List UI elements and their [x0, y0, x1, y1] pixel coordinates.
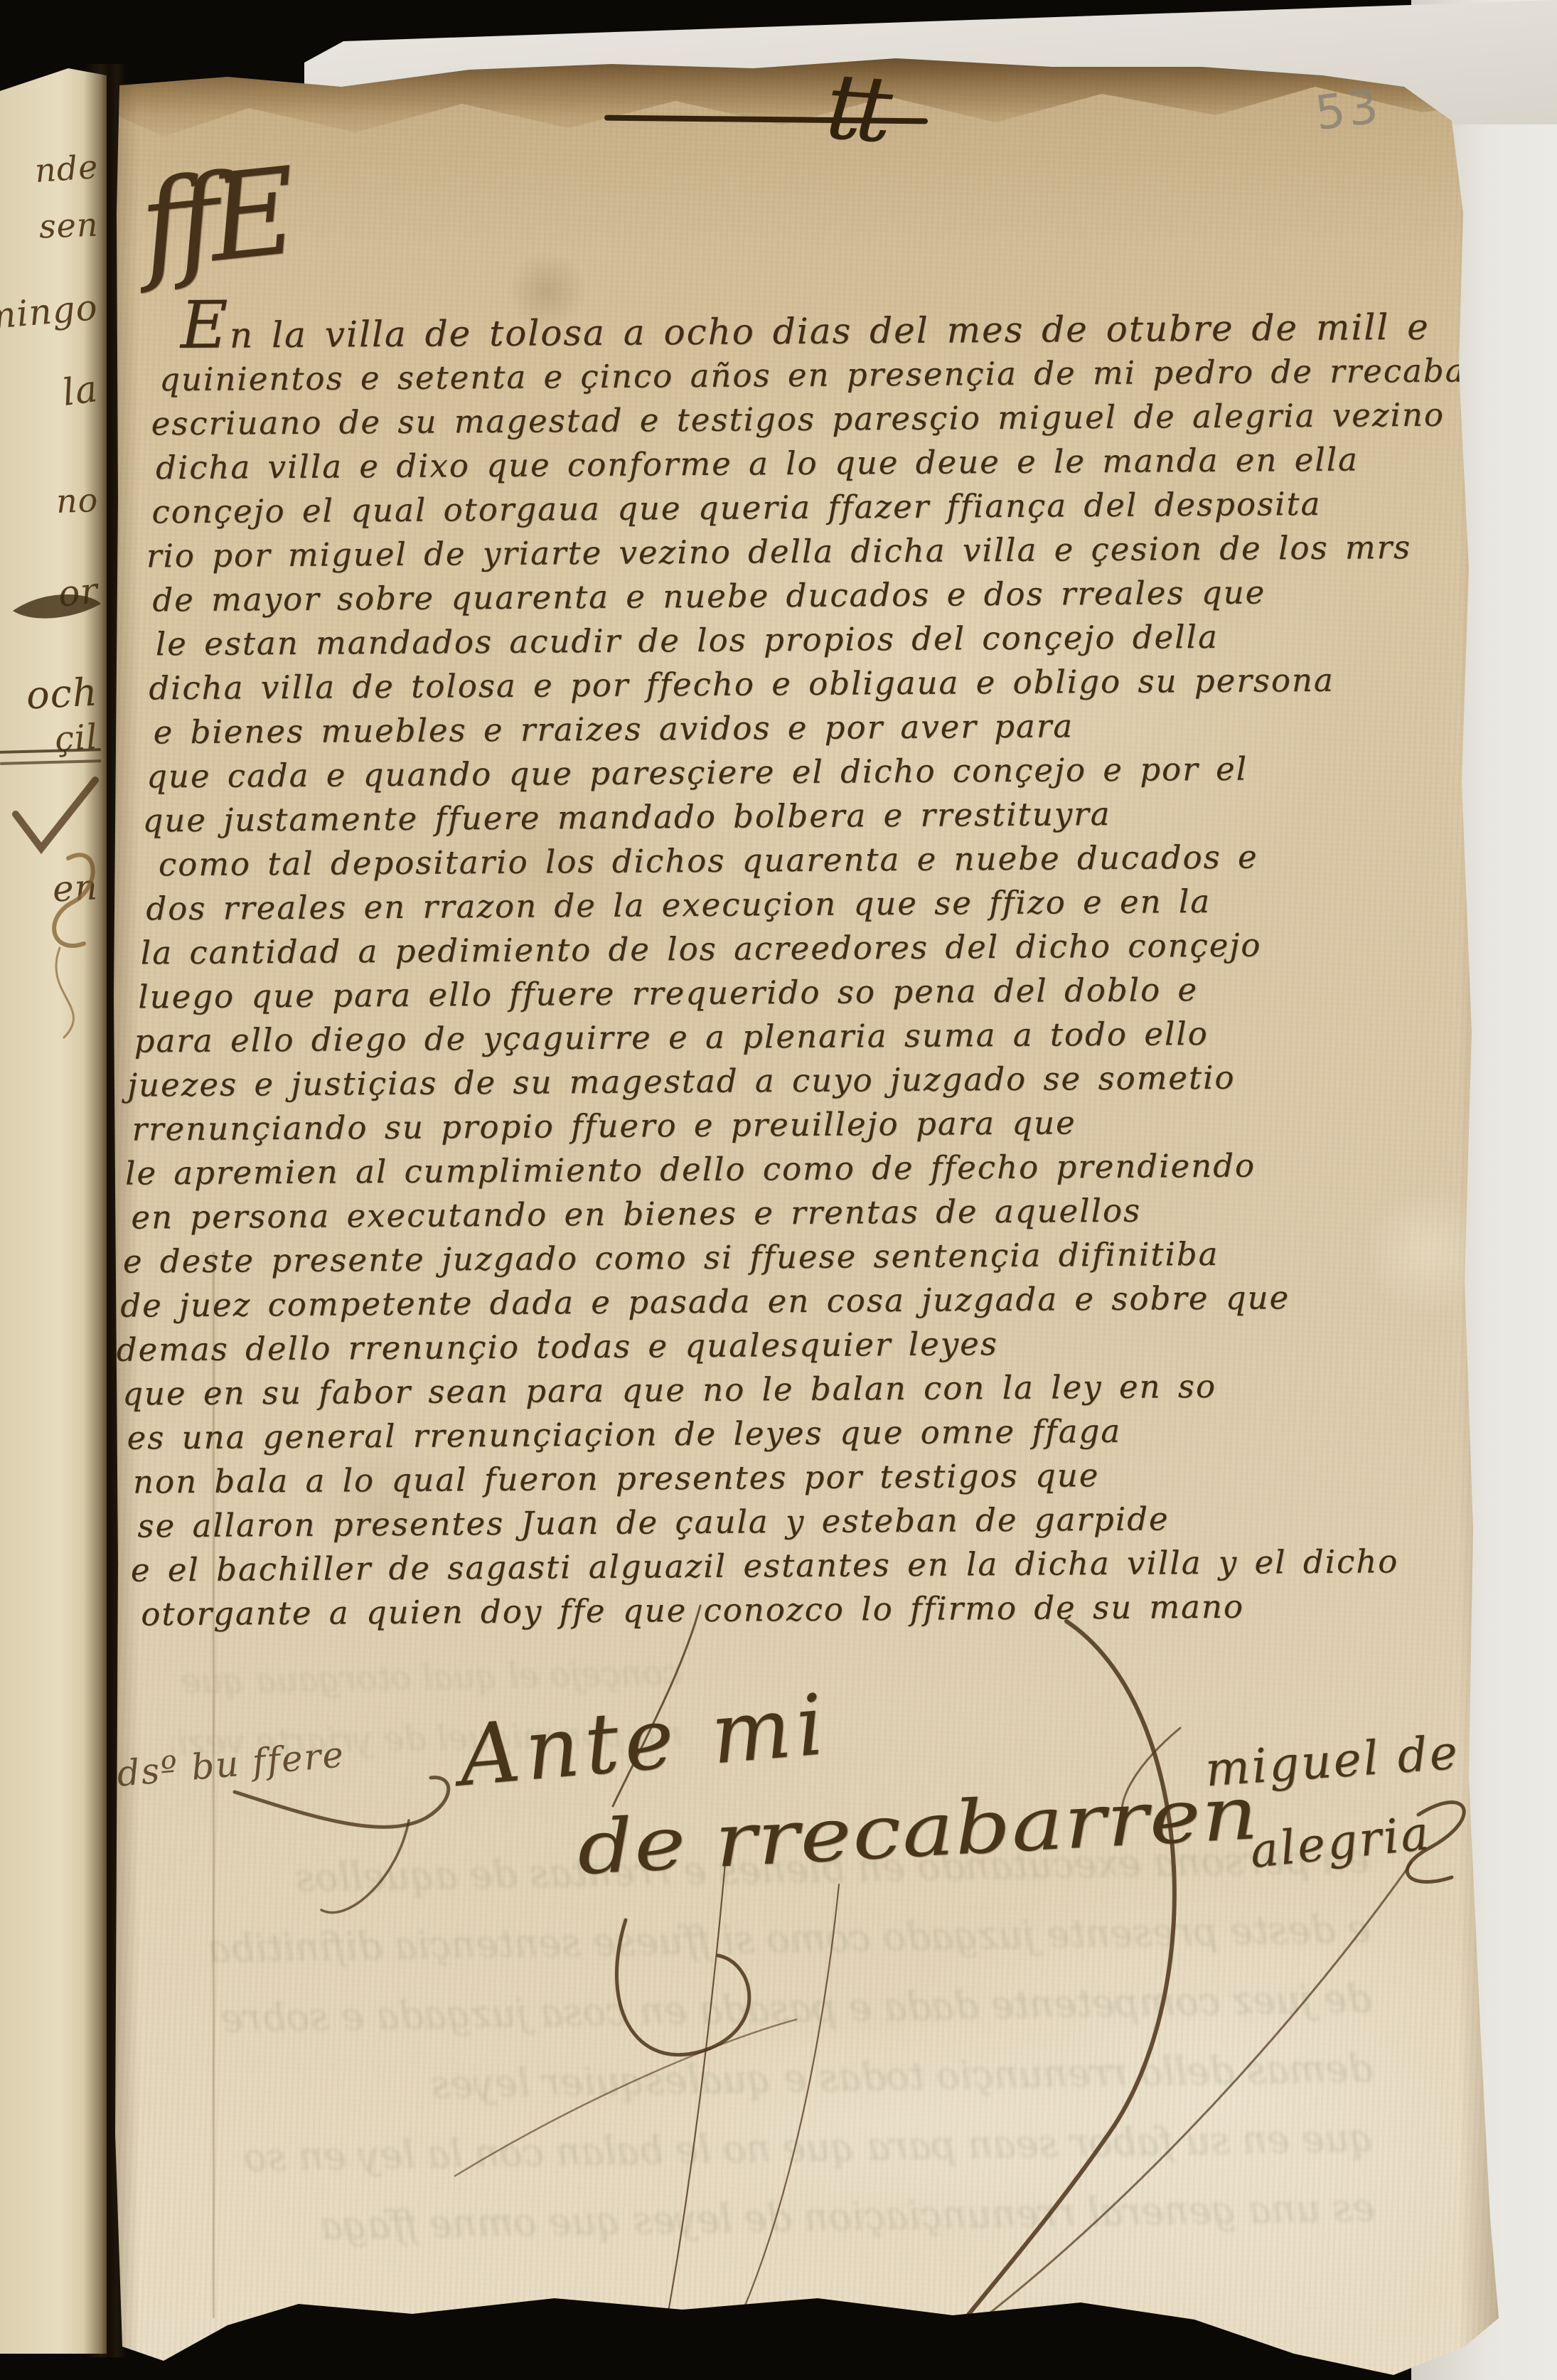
manuscript-line: de juez competente dada e pasada en cosa…	[120, 1275, 1444, 1328]
manuscript-line: de mayor sobre quarenta e nuebe ducados …	[152, 570, 1439, 623]
bleedthrough-text: en persona executando en bienes e rrenta…	[203, 1825, 1376, 2263]
manuscript-line: dicha villa de tolosa e por ffecho e obl…	[149, 658, 1440, 711]
manuscript-line: le apremien al cumplimiento dello como d…	[125, 1143, 1443, 1196]
manuscript-line: otorgante a quien doy ffe que conozco lo…	[141, 1584, 1446, 1637]
folio-number-pencil: 53	[1312, 79, 1384, 142]
manuscript-page: conçejo el qual otorgaua que queria ffaz…	[107, 43, 1502, 2380]
manuscript-line: como tal depositario los dichos quarenta…	[159, 834, 1441, 887]
header-tt-mark: tt	[823, 53, 889, 163]
manuscript-line: En la villa de tolosa a ocho dias del me…	[181, 303, 1438, 358]
opening-rubric: ffE	[134, 142, 293, 296]
manuscript-line: e el bachiller de sagasti alguazil estan…	[131, 1539, 1446, 1593]
manuscript-line: la cantidad a pedimiento de los acreedor…	[141, 922, 1442, 976]
body-text-block: En la villa de tolosa a ocho dias del me…	[151, 303, 1447, 1637]
manuscript-photo: nde sen mingo la no or och çil en conçej…	[0, 0, 1557, 2380]
manuscript-line: que cada e quando que paresçiere el dich…	[146, 746, 1440, 799]
